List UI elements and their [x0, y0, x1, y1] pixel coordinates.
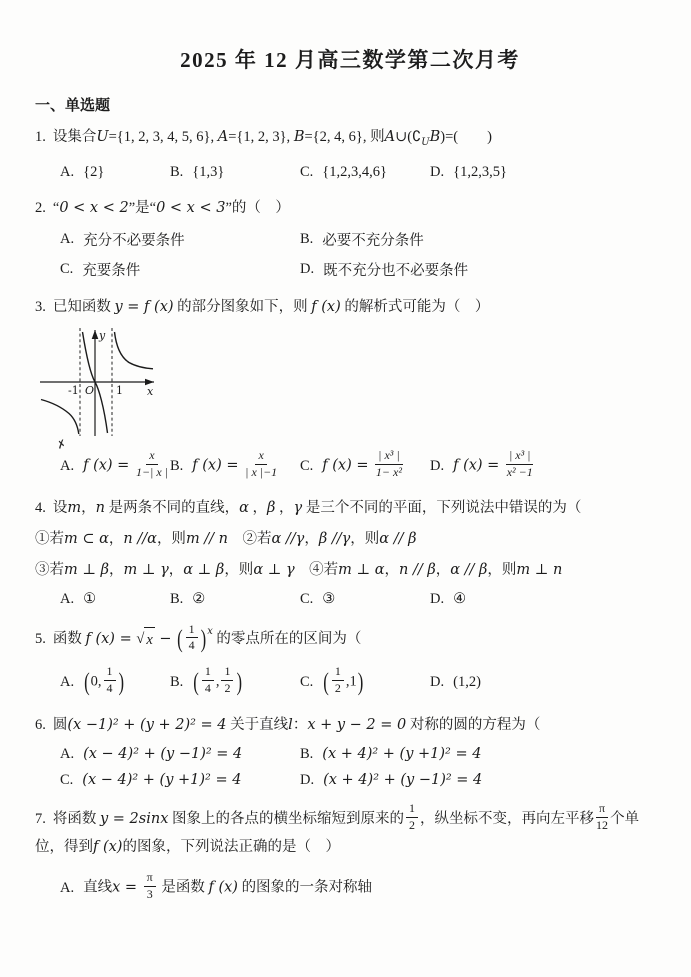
question-3-stem: 3.已知函数 y = f (x) 的部分图象如下，则 f (x) 的解析式可能为…: [35, 295, 665, 319]
option-text: (x + 4)² + (y −1)² = 4: [323, 772, 482, 789]
question-2-stem: 2.“0 < x < 2”是“0 < x < 3”的（ ）: [35, 196, 665, 220]
option-label: D.: [430, 458, 444, 475]
option-text: {1,2,3,5}: [453, 164, 507, 181]
option-label: C.: [300, 674, 313, 691]
option-d: D.(1,2): [430, 674, 481, 691]
option-text: 既不充分也不必要条件: [323, 259, 468, 280]
page-title: 2025 年 12 月高三数学第二次月考: [35, 0, 665, 74]
option-text: (14,12): [192, 667, 243, 698]
option-label: B.: [170, 591, 183, 608]
question-2-options-row-2: C.充要条件 D.既不充分也不必要条件: [60, 259, 665, 280]
option-b: B.(14,12): [170, 667, 300, 698]
question-number: 2.: [35, 200, 46, 216]
option-label: A.: [60, 231, 74, 248]
option-text: ①: [83, 591, 96, 608]
option-c: C.(12,1): [300, 667, 430, 698]
option-text: (1,2): [453, 674, 481, 691]
question-5-stem: 5.函数 f (x) = √x − (14)x 的零点所在的区间为（: [35, 623, 665, 655]
question-3-options: ✗A.f (x) = x1−| x | B.f (x) = x| x |−1 C…: [60, 451, 665, 482]
question-1-options: A.{2} B.{1,3} C.{1,2,3,4,6} D.{1,2,3,5}: [60, 164, 665, 181]
option-label: C.: [300, 164, 313, 181]
option-text: 充分不必要条件: [83, 229, 185, 250]
option-c: C.(x − 4)² + (y +1)² = 4: [60, 772, 300, 789]
option-label: B.: [170, 164, 183, 181]
y-axis-arrow: [92, 330, 99, 339]
question-text: 设m，n 是两条不同的直线，α ，β ，γ 是三个不同的平面，下列说法中错误的为…: [53, 500, 581, 516]
exam-page: 2025 年 12 月高三数学第二次月考 一、单选题 1.设集合U={1, 2,…: [0, 0, 691, 977]
option-label: A.: [60, 458, 74, 475]
tick-one: 1: [116, 384, 123, 397]
curve-bottom-left-branch: [41, 399, 79, 434]
option-a: A.(0,14): [60, 667, 170, 698]
option-a: ✗A.f (x) = x1−| x |: [60, 451, 170, 482]
option-text: {2}: [83, 164, 104, 181]
option-text: ④: [453, 591, 466, 608]
option-d: D.(x + 4)² + (y −1)² = 4: [300, 772, 482, 789]
option-text: f (x) = | x³ |1− x²: [322, 451, 404, 482]
option-label: B.: [300, 231, 313, 248]
option-label: D.: [300, 772, 314, 789]
question-7-stem: 7.将函数 y = 2sinx 图象上的各点的横坐标缩短到原来的12，纵坐标不变…: [35, 804, 665, 862]
question-text: 设集合U={1, 2, 3, 4, 5, 6}, A={1, 2, 3}, B=…: [53, 129, 492, 145]
option-a: A.①: [60, 591, 170, 608]
curve-top-right-branch: [115, 332, 154, 369]
option-label: C.: [60, 772, 73, 789]
option-text: {1,3}: [192, 164, 224, 181]
question-6-options-row-2: C.(x − 4)² + (y +1)² = 4 D.(x + 4)² + (y…: [60, 772, 665, 789]
option-text: (12,1): [322, 667, 364, 698]
option-a: A.(x − 4)² + (y −1)² = 4: [60, 746, 300, 763]
question-text: 函数 f (x) = √x − (14)x 的零点所在的区间为（: [53, 631, 362, 647]
option-b: B.f (x) = x| x |−1: [170, 451, 300, 482]
question-7-options: A.直线x = π3 是函数 f (x) 的图象的一条对称轴: [60, 873, 665, 904]
option-b: B.必要不充分条件: [300, 229, 424, 250]
option-text: 必要不充分条件: [322, 229, 424, 250]
handwritten-mark: ✗: [55, 437, 68, 452]
question-4-statements-1: ①若m ⊂ α，n //α，则m // n ②若α //γ，β //γ，则α /…: [35, 527, 665, 551]
origin-label: O: [85, 384, 94, 397]
option-label: C.: [60, 261, 73, 278]
question-6-options-row-1: A.(x − 4)² + (y −1)² = 4 B.(x + 4)² + (y…: [60, 746, 665, 763]
option-a: A.{2}: [60, 164, 170, 181]
option-c: C.充要条件: [60, 259, 300, 280]
option-label: D.: [430, 164, 444, 181]
question-number: 4.: [35, 500, 46, 516]
section-heading: 一、单选题: [35, 94, 665, 115]
question-6-stem: 6.圆(x −1)² + (y + 2)² = 4 关于直线l：x + y − …: [35, 713, 665, 737]
option-b: B.{1,3}: [170, 164, 300, 181]
option-c: C.{1,2,3,4,6}: [300, 164, 430, 181]
question-2-options-row-1: A.充分不必要条件 B.必要不充分条件: [60, 229, 665, 250]
option-text: (x − 4)² + (y +1)² = 4: [82, 772, 241, 789]
option-text: (x − 4)² + (y −1)² = 4: [83, 746, 242, 763]
question-number: 3.: [35, 299, 46, 315]
option-label: A.: [60, 880, 74, 897]
option-text: (0,14): [83, 667, 125, 698]
question-4-stem: 4.设m，n 是两条不同的直线，α ，β ，γ 是三个不同的平面，下列说法中错误…: [35, 496, 665, 520]
question-4-statements-2: ③若m ⊥ β，m ⊥ γ，α ⊥ β，则α ⊥ γ ④若m ⊥ α，n // …: [35, 558, 665, 582]
question-5-options: A.(0,14) B.(14,12) C.(12,1) D.(1,2): [60, 667, 665, 698]
option-a: A.直线x = π3 是函数 f (x) 的图象的一条对称轴: [60, 873, 372, 904]
option-label: A.: [60, 164, 74, 181]
tick-negative-one: -1: [68, 384, 79, 397]
option-label: D.: [430, 591, 444, 608]
function-graph: y x O -1 1: [35, 325, 167, 439]
option-text: f (x) = x1−| x |: [83, 451, 170, 482]
option-a: A.充分不必要条件: [60, 229, 300, 250]
option-text: f (x) = | x³ |x² −1: [453, 451, 535, 482]
option-label: D.: [300, 261, 314, 278]
x-axis-label: x: [147, 385, 154, 398]
option-label: A.: [60, 591, 74, 608]
option-text: f (x) = x| x |−1: [192, 451, 279, 482]
option-c: C.f (x) = | x³ |1− x²: [300, 451, 430, 482]
option-text: 直线x = π3 是函数 f (x) 的图象的一条对称轴: [83, 873, 372, 904]
question-number: 5.: [35, 631, 46, 647]
option-text: (x + 4)² + (y +1)² = 4: [322, 746, 481, 763]
option-d: D.既不充分也不必要条件: [300, 259, 468, 280]
option-label: C.: [300, 458, 313, 475]
option-label: D.: [430, 674, 444, 691]
question-number: 1.: [35, 129, 46, 145]
option-label: B.: [170, 458, 183, 475]
question-text: “0 < x < 2”是“0 < x < 3”的（ ）: [53, 200, 290, 216]
option-text: ②: [192, 591, 205, 608]
option-label: A.: [60, 746, 74, 763]
option-label: B.: [300, 746, 313, 763]
option-d: D.{1,2,3,5}: [430, 164, 507, 181]
option-label: B.: [170, 674, 183, 691]
option-label: A.: [60, 674, 74, 691]
question-text: 将函数 y = 2sinx 图象上的各点的横坐标缩短到原来的12，纵坐标不变，再…: [35, 811, 639, 856]
question-text: 圆(x −1)² + (y + 2)² = 4 关于直线l：x + y − 2 …: [53, 717, 541, 733]
option-b: B.②: [170, 591, 300, 608]
question-number: 6.: [35, 717, 46, 733]
option-text: 充要条件: [82, 259, 140, 280]
option-text: ③: [322, 591, 335, 608]
option-d: D.④: [430, 591, 466, 608]
option-text: {1,2,3,4,6}: [322, 164, 387, 181]
y-axis-label: y: [98, 329, 106, 342]
option-c: C.③: [300, 591, 430, 608]
question-4-options: A.① B.② C.③ D.④: [60, 591, 665, 608]
option-b: B.(x + 4)² + (y +1)² = 4: [300, 746, 481, 763]
question-number: 7.: [35, 811, 46, 827]
question-text: 已知函数 y = f (x) 的部分图象如下，则 f (x) 的解析式可能为（ …: [53, 299, 490, 315]
option-d: D.f (x) = | x³ |x² −1: [430, 451, 535, 482]
question-1-stem: 1.设集合U={1, 2, 3, 4, 5, 6}, A={1, 2, 3}, …: [35, 125, 665, 155]
option-label: C.: [300, 591, 313, 608]
